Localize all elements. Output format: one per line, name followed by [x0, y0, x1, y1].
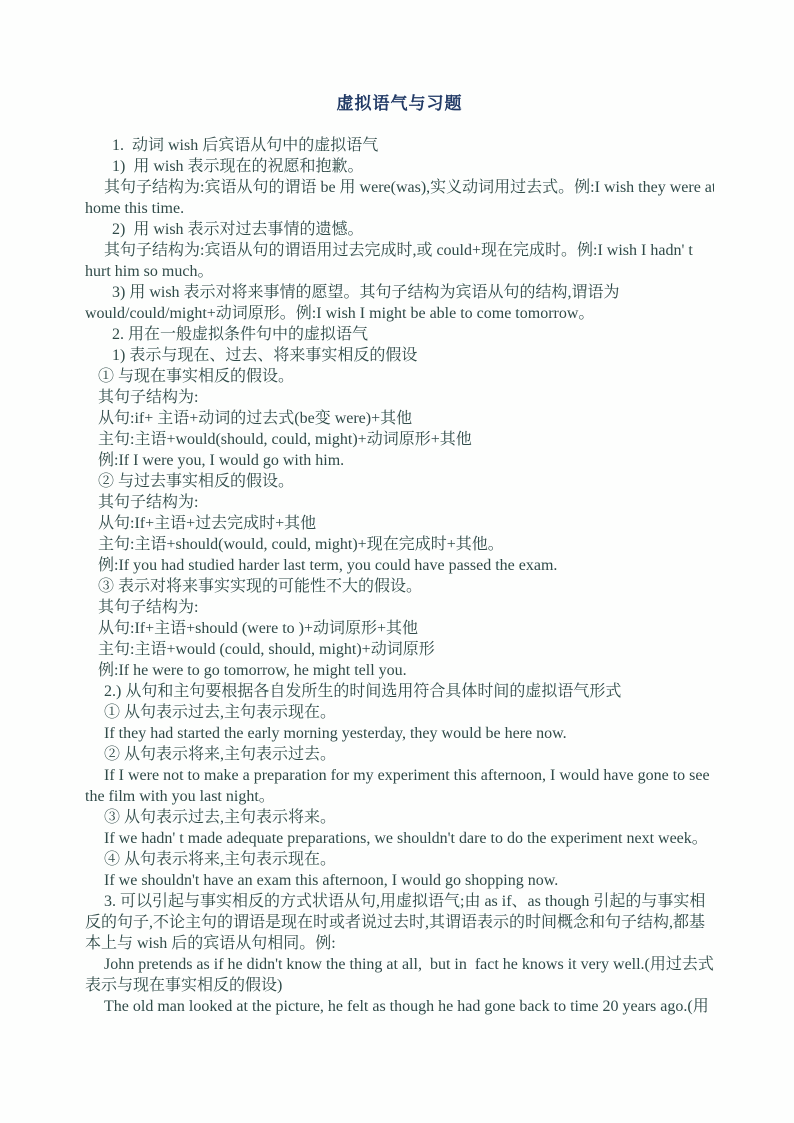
text-line: 例:If you had studied harder last term, y…: [85, 555, 714, 576]
text-line: ③ 从句表示过去,主句表示将来。: [85, 807, 714, 828]
text-line: 3) 用 wish 表示对将来事情的愿望。其句子结构为宾语从句的结构,谓语为: [85, 282, 714, 303]
text-line: 本上与 wish 后的宾语从句相同。例:: [85, 933, 714, 954]
text-line: ② 从句表示将来,主句表示过去。: [85, 744, 714, 765]
text-line: 例:If I were you, I would go with him.: [85, 450, 714, 471]
text-line: 从句:if+ 主语+动词的过去式(be变 were)+其他: [85, 408, 714, 429]
text-line: 3. 可以引起与事实相反的方式状语从句,用虚拟语气;由 as if、as tho…: [85, 891, 714, 912]
text-line: John pretends as if he didn't know the t…: [85, 954, 714, 975]
text-line: ③ 表示对将来事实实现的可能性不大的假设。: [85, 576, 714, 597]
text-line: 主句:主语+should(would, could, might)+现在完成时+…: [85, 534, 714, 555]
text-line: 2. 用在一般虚拟条件句中的虚拟语气: [85, 324, 714, 345]
text-line: 2) 用 wish 表示对过去事情的遗憾。: [85, 219, 714, 240]
text-line: If we hadn' t made adequate preparations…: [85, 828, 714, 849]
text-line: ① 与现在事实相反的假设。: [85, 366, 714, 387]
text-line: 从句:If+主语+过去完成时+其他: [85, 513, 714, 534]
document-body: 1. 动词 wish 后宾语从句中的虚拟语气1) 用 wish 表示现在的祝愿和…: [85, 135, 714, 1017]
text-line: home this time.: [85, 198, 714, 219]
text-line: would/could/might+动词原形。例:I wish I might …: [85, 303, 714, 324]
document-title: 虚拟语气与习题: [85, 93, 714, 115]
text-line: the film with you last night。: [85, 786, 714, 807]
text-line: 2.) 从句和主句要根据各自发所生的时间选用符合具体时间的虚拟语气形式: [85, 681, 714, 702]
text-line: 其句子结构为:宾语从句的谓语 be 用 were(was),实义动词用过去式。例…: [85, 177, 714, 198]
text-line: ② 与过去事实相反的假设。: [85, 471, 714, 492]
text-line: 表示与现在事实相反的假设): [85, 975, 714, 996]
text-line: 例:If he were to go tomorrow, he might te…: [85, 660, 714, 681]
text-line: 其句子结构为:宾语从句的谓语用过去完成时,或 could+现在完成时。例:I w…: [85, 240, 714, 261]
text-line: 主句:主语+would (could, should, might)+动词原形: [85, 639, 714, 660]
text-line: 主句:主语+would(should, could, might)+动词原形+其…: [85, 429, 714, 450]
text-line: If I were not to make a preparation for …: [85, 765, 714, 786]
text-line: If we shouldn't have an exam this aftern…: [85, 870, 714, 891]
document-page: 虚拟语气与习题 1. 动词 wish 后宾语从句中的虚拟语气1) 用 wish …: [0, 0, 794, 1123]
text-line: ④ 从句表示将来,主句表示现在。: [85, 849, 714, 870]
text-line: 其句子结构为:: [85, 387, 714, 408]
text-line: 1. 动词 wish 后宾语从句中的虚拟语气: [85, 135, 714, 156]
text-line: If they had started the early morning ye…: [85, 723, 714, 744]
text-line: 从句:If+主语+should (were to )+动词原形+其他: [85, 618, 714, 639]
text-line: The old man looked at the picture, he fe…: [85, 996, 714, 1017]
text-line: 1) 表示与现在、过去、将来事实相反的假设: [85, 345, 714, 366]
text-line: ① 从句表示过去,主句表示现在。: [85, 702, 714, 723]
text-line: 其句子结构为:: [85, 492, 714, 513]
text-line: 1) 用 wish 表示现在的祝愿和抱歉。: [85, 156, 714, 177]
text-line: 其句子结构为:: [85, 597, 714, 618]
document-content: 虚拟语气与习题 1. 动词 wish 后宾语从句中的虚拟语气1) 用 wish …: [0, 0, 794, 1017]
text-line: hurt him so much。: [85, 261, 714, 282]
text-line: 反的句子,不论主句的谓语是现在时或者说过去时,其谓语表示的时间概念和句子结构,都…: [85, 912, 714, 933]
